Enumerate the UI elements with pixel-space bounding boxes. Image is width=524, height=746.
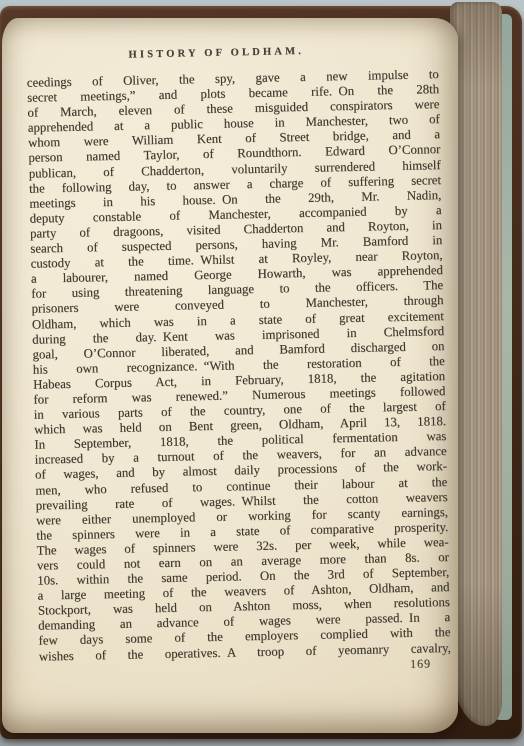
page-text: ceedings of Oliver, the spy, gave a new … <box>27 67 451 664</box>
running-header: HISTORY OF OLDHAM. <box>10 43 422 63</box>
book-photo: HISTORY OF OLDHAM. ceedings of Oliver, t… <box>0 0 524 746</box>
page-number-value: 169 <box>410 656 431 671</box>
page-surface: HISTORY OF OLDHAM. ceedings of Oliver, t… <box>0 13 465 737</box>
book-page: HISTORY OF OLDHAM. ceedings of Oliver, t… <box>2 18 458 733</box>
